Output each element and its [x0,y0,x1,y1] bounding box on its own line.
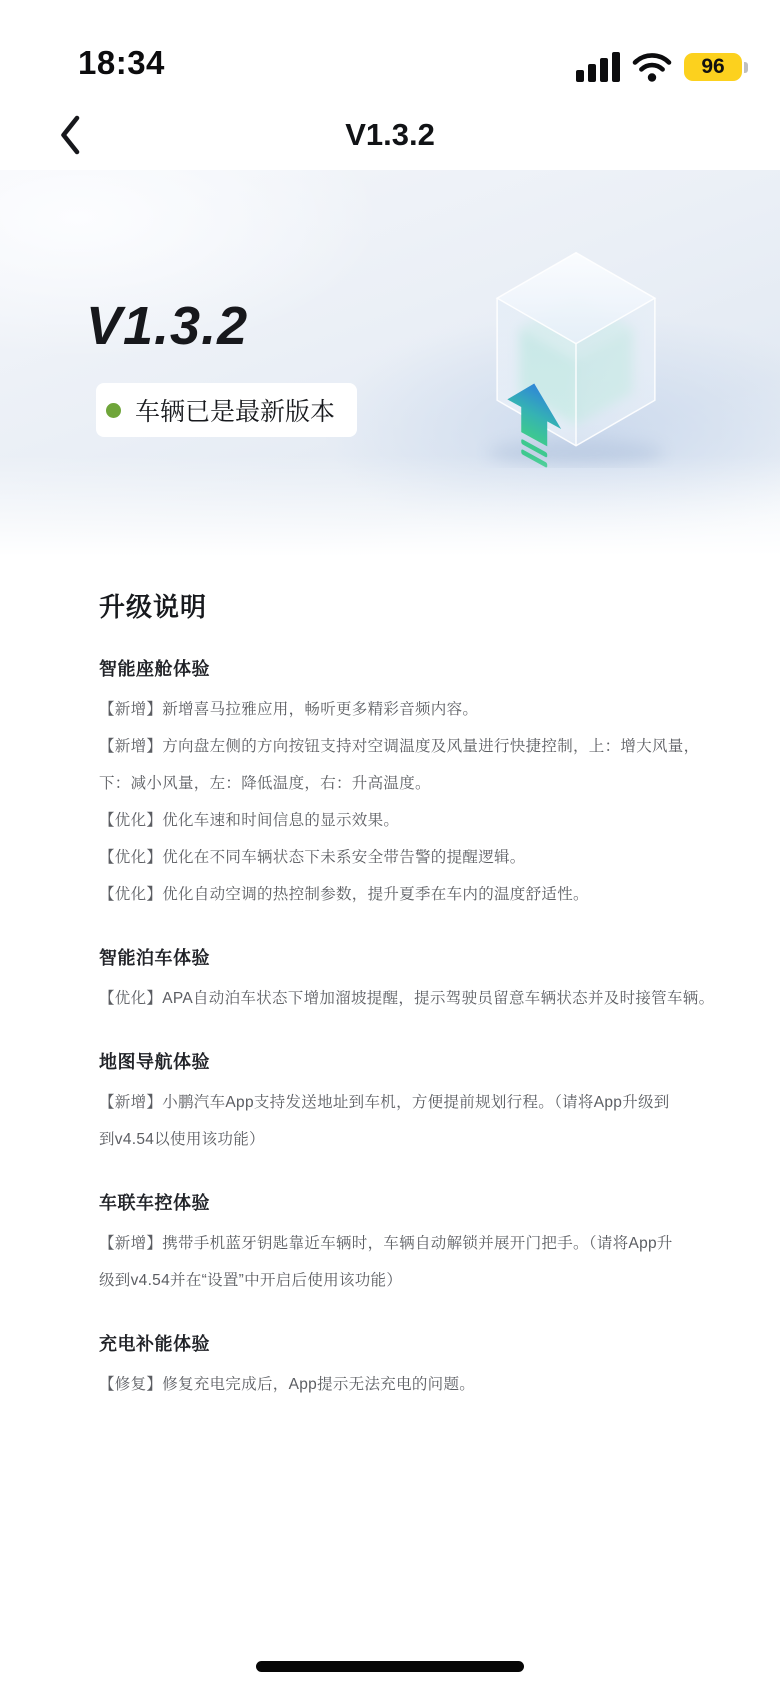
hero-banner: V1.3.2 车辆已是最新版本 [0,170,780,565]
home-indicator[interactable] [256,1661,524,1672]
update-cube-icon [476,236,676,468]
release-note-line: 级到v4.54并在“设置”中开启后使用该功能） [99,1262,702,1299]
battery-level-pill: 96 [684,53,742,81]
release-note-lines: 【新增】小鹏汽车App支持发送地址到车机，方便提前规划行程。（请将App升级到到… [99,1084,702,1158]
release-note-section: 智能座舱体验 【新增】新增喜马拉雅应用，畅听更多精彩音频内容。【新增】方向盘左侧… [99,656,702,913]
release-note-section: 车联车控体验 【新增】携带手机蓝牙钥匙靠近车辆时，车辆自动解锁并展开门把手。（请… [99,1190,702,1299]
release-note-line: 【新增】小鹏汽车App支持发送地址到车机，方便提前规划行程。（请将App升级到 [99,1084,702,1121]
release-note-heading: 智能座舱体验 [99,656,702,682]
release-note-line: 【优化】优化在不同车辆状态下未系安全带告警的提醒逻辑。 [99,839,702,876]
version-title: V1.3.2 [86,295,248,357]
status-dot-icon [106,403,121,418]
release-note-line: 到v4.54以使用该功能） [99,1121,702,1158]
status-bar: 18:34 96 [0,0,780,100]
release-note-heading: 地图导航体验 [99,1049,702,1075]
release-note-heading: 智能泊车体验 [99,945,702,971]
release-note-line: 【修复】修复充电完成后，App提示无法充电的问题。 [99,1366,702,1403]
release-note-line: 【新增】新增喜马拉雅应用，畅听更多精彩音频内容。 [99,691,702,728]
release-note-lines: 【新增】新增喜马拉雅应用，畅听更多精彩音频内容。【新增】方向盘左侧的方向按钮支持… [99,691,702,913]
release-note-section: 充电补能体验 【修复】修复充电完成后，App提示无法充电的问题。 [99,1331,702,1403]
release-notes-title: 升级说明 [99,587,702,624]
release-note-line: 【优化】优化车速和时间信息的显示效果。 [99,802,702,839]
scroll-content[interactable]: 升级说明 智能座舱体验 【新增】新增喜马拉雅应用，畅听更多精彩音频内容。【新增】… [0,565,780,1403]
nav-title: V1.3.2 [0,100,780,170]
app-screen: 18:34 96 [0,0,780,1688]
release-note-section: 地图导航体验 【新增】小鹏汽车App支持发送地址到车机，方便提前规划行程。（请将… [99,1049,702,1158]
status-icons: 96 [576,52,748,82]
release-note-line: 下：减小风量，左：降低温度，右：升高温度。 [99,765,702,802]
wifi-icon [632,52,672,82]
release-notes-sections: 智能座舱体验 【新增】新增喜马拉雅应用，畅听更多精彩音频内容。【新增】方向盘左侧… [99,656,702,1403]
battery-percent: 96 [701,55,724,79]
battery-icon: 96 [684,53,748,81]
status-time: 18:34 [78,44,165,82]
nav-bar: V1.3.2 [0,100,780,170]
battery-nub [744,62,748,73]
release-note-lines: 【优化】APA自动泊车状态下增加溜坡提醒，提示驾驶员留意车辆状态并及时接管车辆。 [99,980,702,1017]
release-note-line: 【优化】APA自动泊车状态下增加溜坡提醒，提示驾驶员留意车辆状态并及时接管车辆。 [99,980,702,1017]
cellular-signal-icon [576,52,620,82]
release-note-heading: 车联车控体验 [99,1190,702,1216]
release-note-lines: 【新增】携带手机蓝牙钥匙靠近车辆时，车辆自动解锁并展开门把手。（请将App升级到… [99,1225,702,1299]
release-note-heading: 充电补能体验 [99,1331,702,1357]
update-status-text: 车辆已是最新版本 [135,392,335,428]
release-note-line: 【新增】方向盘左侧的方向按钮支持对空调温度及风量进行快捷控制，上：增大风量， [99,728,702,765]
release-note-lines: 【修复】修复充电完成后，App提示无法充电的问题。 [99,1366,702,1403]
release-note-line: 【优化】优化自动空调的热控制参数，提升夏季在车内的温度舒适性。 [99,876,702,913]
update-status-chip: 车辆已是最新版本 [96,383,357,437]
release-note-line: 【新增】携带手机蓝牙钥匙靠近车辆时，车辆自动解锁并展开门把手。（请将App升 [99,1225,702,1262]
release-note-section: 智能泊车体验 【优化】APA自动泊车状态下增加溜坡提醒，提示驾驶员留意车辆状态并… [99,945,702,1017]
